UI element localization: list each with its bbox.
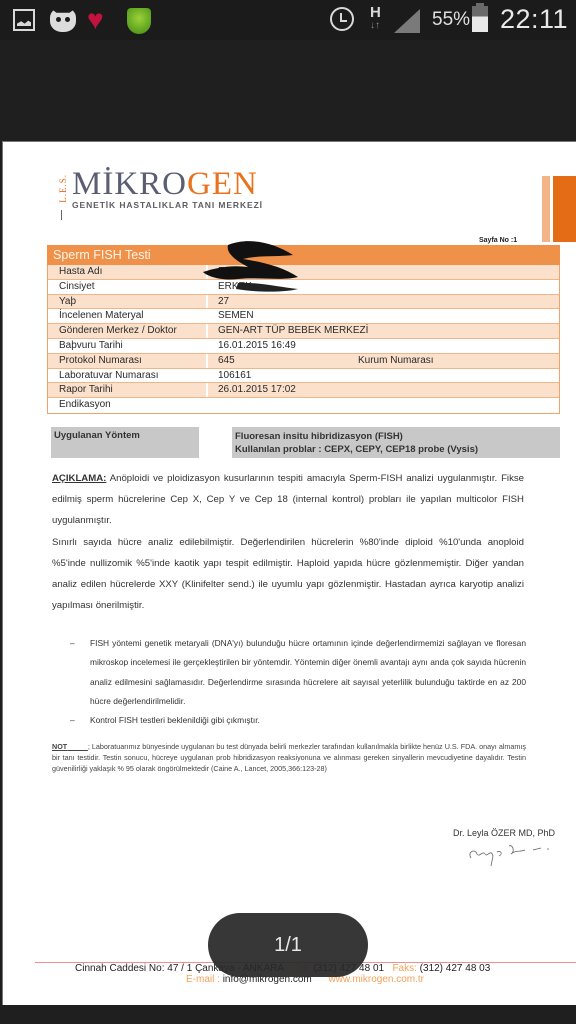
page-indicator: 1/1 <box>208 913 368 977</box>
institution-number-label: Kurum Numarası <box>358 354 434 368</box>
row-label: Yaþ <box>48 295 208 309</box>
status-bar: ♥ H↓↑ 55% 22:11 <box>0 0 576 40</box>
row-label: Cinsiyet <box>48 280 208 294</box>
doctor-name: Dr. Leyla ÖZER MD, PhD <box>453 828 555 838</box>
row-value: SEMEN <box>208 309 559 323</box>
list-item: FISH yöntemi genetik metaryali (DNA'yı) … <box>70 634 526 711</box>
viewer-background <box>0 1005 576 1024</box>
talking-cat-icon <box>50 8 76 32</box>
disclaimer-note: NOT ; Laboratuarımız bünyesinde uygulana… <box>52 741 526 774</box>
row-label: Rapor Tarihi <box>48 383 208 397</box>
row-label: İncelenen Materyal <box>48 309 208 323</box>
clock: 22:11 <box>500 4 568 35</box>
table-row: Laboratuvar Numarası106161 <box>48 369 559 384</box>
logo-subtitle: GENETİK HASTALIKLAR TANI MERKEZİ <box>72 200 263 210</box>
row-value: GEN-ART TÜP BEBEK MERKEZİ <box>208 324 559 338</box>
row-value: 645Kurum Numarası <box>208 354 559 368</box>
row-label: Protokol Numarası <box>48 354 208 368</box>
shield-icon <box>127 8 151 34</box>
method-label: Uygulanan Yöntem <box>51 427 199 458</box>
explanation-paragraph: AÇIKLAMA: Anöploidi ve ploidizasyon kusu… <box>52 468 524 531</box>
method-value: Fluoresan insitu hibridizasyon (FISH) Ku… <box>232 427 560 458</box>
method-notes-list: FISH yöntemi genetik metaryali (DNA'yı) … <box>70 634 526 730</box>
row-value: 16.01.2015 16:49 <box>208 339 559 353</box>
alarm-icon <box>330 7 354 31</box>
gallery-icon <box>13 9 35 31</box>
page-number: Sayfa No :1 <box>479 237 517 244</box>
row-label: Baþvuru Tarihi <box>48 339 208 353</box>
document-page[interactable]: L.E.S. MİKROGEN GENETİK HASTALIKLAR TANI… <box>2 141 576 1024</box>
table-row: Endikasyon <box>48 398 559 413</box>
note-heading: NOT <box>52 742 67 751</box>
row-label: Gönderen Merkez / Doktor <box>48 324 208 338</box>
accent-bar-light <box>542 176 550 242</box>
signature-icon <box>463 838 553 868</box>
table-row: Protokol Numarası645Kurum Numarası <box>48 354 559 369</box>
findings-paragraph: Sınırlı sayıda hücre analiz edilebilmişt… <box>52 532 524 616</box>
row-label: Endikasyon <box>48 398 208 413</box>
row-value: 26.01.2015 17:02 <box>208 383 559 397</box>
table-row: Baþvuru Tarihi16.01.2015 16:49 <box>48 339 559 354</box>
accent-bar-dark <box>553 176 576 242</box>
battery-percent: 55% <box>432 9 470 31</box>
network-type-icon: H↓↑ <box>370 5 381 32</box>
divider <box>61 210 62 220</box>
explanation-heading: AÇIKLAMA: <box>52 473 106 484</box>
table-row: Rapor Tarihi26.01.2015 17:02 <box>48 383 559 398</box>
table-row: Gönderen Merkez / DoktorGEN-ART TÜP BEBE… <box>48 324 559 339</box>
signal-icon <box>394 9 420 33</box>
battery-icon <box>472 6 488 32</box>
heart-icon: ♥ <box>87 6 104 34</box>
list-item: Kontrol FISH testleri beklenildiği gibi … <box>70 711 526 730</box>
redaction-scribble <box>198 237 318 297</box>
row-label: Laboratuvar Numarası <box>48 369 208 383</box>
table-row: İncelenen MateryalSEMEN <box>48 309 559 324</box>
row-label: Hasta Adı <box>48 265 208 279</box>
row-value <box>208 398 559 413</box>
row-value: 106161 <box>208 369 559 383</box>
